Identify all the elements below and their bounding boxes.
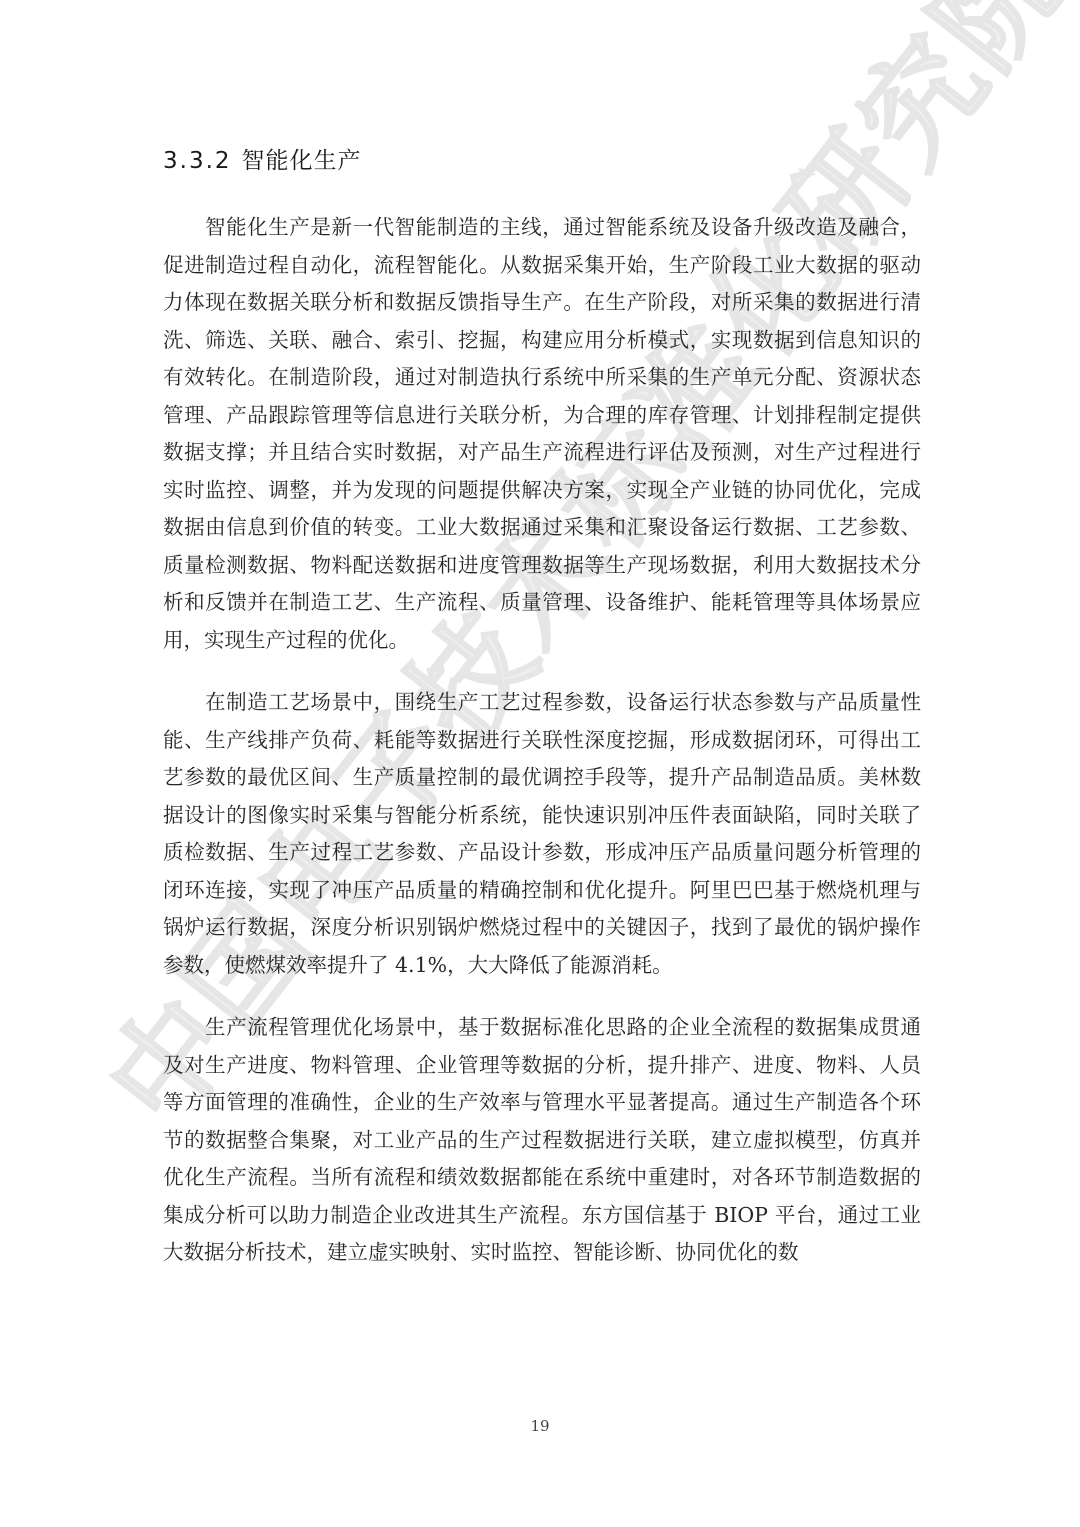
section-title: 智能化生产	[242, 148, 362, 174]
section-number: 3.3.2	[163, 148, 232, 174]
paragraph-intelligent-production: 智能化生产是新一代智能制造的主线，通过智能系统及设备升级改造及融合，促进制造过程…	[163, 209, 921, 659]
paragraph-production-flow: 生产流程管理优化场景中，基于数据标准化思路的企业全流程的数据集成贯通及对生产进度…	[163, 1009, 921, 1272]
paragraph-manufacturing-process: 在制造工艺场景中，围绕生产工艺过程参数，设备运行状态参数与产品质量性能、生产线排…	[163, 684, 921, 984]
page-number: 19	[0, 1417, 1080, 1435]
section-heading: 3.3.2智能化生产	[163, 140, 921, 182]
page-content: 3.3.2智能化生产 智能化生产是新一代智能制造的主线，通过智能系统及设备升级改…	[163, 140, 921, 1272]
document-page: 中国电子技术标准化研究院 3.3.2智能化生产 智能化生产是新一代智能制造的主线…	[0, 0, 1080, 1527]
